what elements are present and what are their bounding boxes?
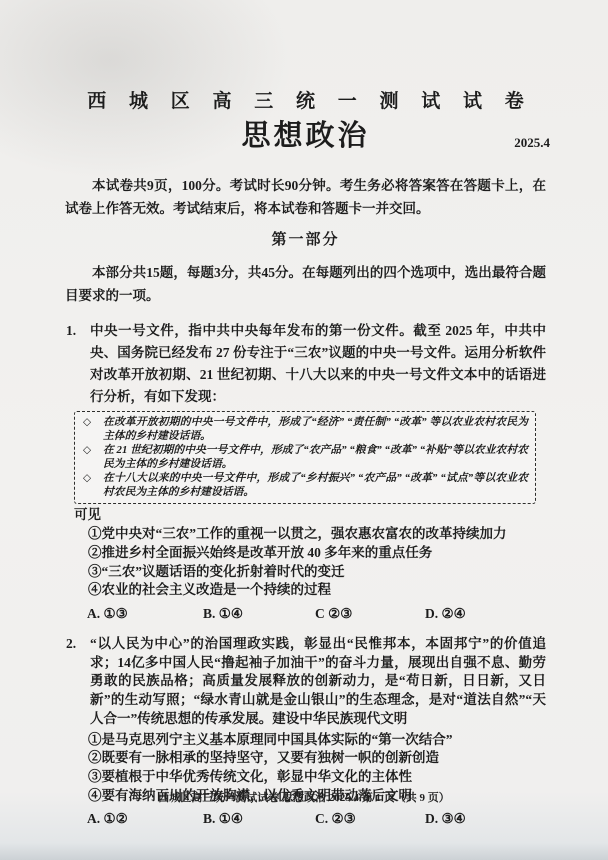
choice-c: C. ②③ [315,810,425,827]
finding-item: ◇ 在改革开放初期的中央一号文件中，形成了“经济” “责任制” “改革” 等以农… [80,416,528,444]
finding-item: ◇ 在十八大以来的中央一号文件中，形成了“乡村振兴” “农产品” “改革” “试… [80,472,528,500]
statement-3: ③“三农”议题话语的变化折射着时代的变迁 [65,563,546,582]
statement-1: ①是马克思列宁主义基本原理同中国具体实际的“第一次结合” [65,731,546,750]
choice-a: A. ①③ [87,605,203,622]
choice-d: D. ②④ [425,605,546,622]
question-1-lead: 可见 [74,507,546,523]
statement-2: ②既要有一脉相承的坚持坚守，又要有独树一帜的创新创造 [65,749,546,768]
statement-1: ①党中央对“三农”工作的重视一以贯之，强农惠农富农的改革持续加力 [65,525,546,544]
choice-a: A. ①② [87,810,203,827]
question-2-number: 2. [66,635,76,654]
diamond-bullet-icon: ◇ [83,416,91,430]
question-1-stem: 中央一号文件，指中共中央每年发布的第一份文件。截至 2025 年，中共中央、国务… [90,323,546,404]
exam-notice: 本试卷共9页，100分。考试时长90分钟。考生务必将答案答在答题卡上，在试卷上作… [65,174,546,220]
finding-text: 在 21 世纪初期的中央一号文件中，形成了“农产品” “粮食” “改革” “补贴… [103,444,528,470]
choice-b: B. ①④ [203,605,315,622]
finding-item: ◇ 在 21 世纪初期的中央一号文件中，形成了“农产品” “粮食” “改革” “… [80,444,528,472]
exam-date: 2025.4 [514,135,550,151]
question-1-stem-row: 1. 中央一号文件，指中共中央每年发布的第一份文件。截至 2025 年，中共中央… [65,320,546,408]
question-1: 1. 中央一号文件，指中共中央每年发布的第一份文件。截至 2025 年，中共中央… [65,320,546,622]
statement-3: ③要植根于中华优秀传统文化，彰显中华文化的主体性 [65,768,546,787]
statement-2: ②推进乡村全面振兴始终是改革开放 40 多年来的重点任务 [65,544,546,563]
diamond-bullet-icon: ◇ [83,472,91,486]
question-2-choices: A. ①② B. ①④ C. ②③ D. ③④ [65,810,546,827]
scanned-exam-page: 西 城 区 高 三 统 一 测 试 试 卷 思想政治 2025.4 本试卷共9页… [0,0,608,860]
diamond-bullet-icon: ◇ [83,444,91,458]
question-1-choices: A. ①③ B. ①④ C ②③ D. ②④ [65,605,546,622]
finding-text: 在改革开放初期的中央一号文件中，形成了“经济” “责任制” “改革” 等以农业农… [103,416,528,442]
part-one-instructions: 本部分共15题，每题3分，共45分。在每题列出的四个选项中，选出最符合题目要求的… [65,261,546,307]
page-footer: 西城区高三统一测试试卷 思想政治 2025.4 第 1 页（共 9 页） [0,789,608,805]
choice-c: C ②③ [315,605,425,622]
statement-4: ④农业的社会主义改造是一个持续的过程 [65,581,546,600]
question-2-stem: “以人民为中心”的治国理政实践，彰显出“民惟邦本，本固邦宁”的价值追求；14亿多… [90,636,546,726]
subject-title: 思想政治 [241,120,369,152]
subject-row: 思想政治 2025.4 [65,118,546,154]
finding-text: 在十八大以来的中央一号文件中，形成了“乡村振兴” “农产品” “改革” “试点”… [103,472,528,498]
choice-d: D. ③④ [425,810,546,827]
exam-title: 西 城 区 高 三 统 一 测 试 试 卷 [65,86,546,113]
page-content: 西 城 区 高 三 统 一 测 试 试 卷 思想政治 2025.4 本试卷共9页… [65,0,546,827]
question-1-statements: ①党中央对“三农”工作的重视一以贯之，强农惠农富农的改革持续加力 ②推进乡村全面… [65,525,546,599]
choice-b: B. ①④ [203,810,315,827]
question-2-stem-row: 2. “以人民为中心”的治国理政实践，彰显出“民惟邦本，本固邦宁”的价值追求；1… [65,635,546,729]
question-1-findings-box: ◇ 在改革开放初期的中央一号文件中，形成了“经济” “责任制” “改革” 等以农… [74,411,536,504]
part-one-heading: 第一部分 [65,228,546,249]
question-1-number: 1. [66,320,76,342]
